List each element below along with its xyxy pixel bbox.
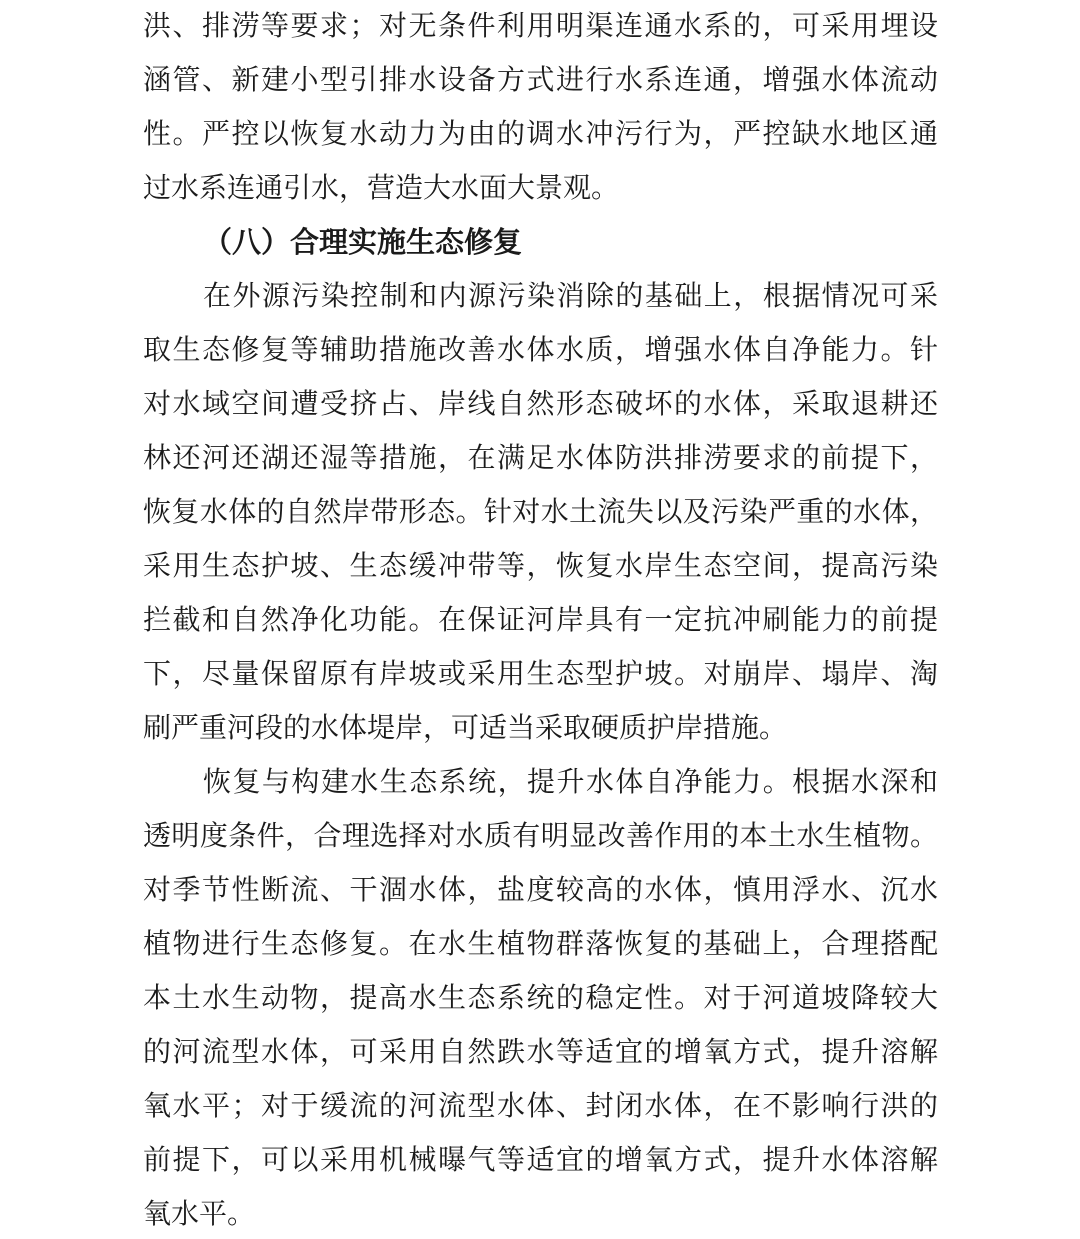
text-line: 下，尽量保留原有岸坡或采用生态型护坡。对崩岸、塌岸、淘 — [143, 648, 938, 702]
text-line: 取生态修复等辅助措施改善水体水质，增强水体自净能力。针 — [143, 324, 938, 378]
text-line: 恢复水体的自然岸带形态。针对水土流失以及污染严重的水体， — [143, 486, 938, 540]
text-line: 拦截和自然净化功能。在保证河岸具有一定抗冲刷能力的前提 — [143, 594, 938, 648]
text-line: 采用生态护坡、生态缓冲带等，恢复水岸生态空间，提高污染 — [143, 540, 938, 594]
text-block: 洪、排涝等要求；对无条件利用明渠连通水系的，可采用埋设 涵管、新建小型引排水设备… — [143, 0, 938, 1239]
section-heading: （八）合理实施生态修复 — [143, 216, 938, 270]
text-line-paragraph-end: 刷严重河段的水体堤岸，可适当采取硬质护岸措施。 — [143, 702, 938, 756]
text-line-paragraph-end: 过水系连通引水，营造大水面大景观。 — [143, 162, 938, 216]
text-line: 林还河还湖还湿等措施，在满足水体防洪排涝要求的前提下， — [143, 432, 938, 486]
text-line: 本土水生动物，提高水生态系统的稳定性。对于河道坡降较大 — [143, 972, 938, 1026]
text-line: 对水域空间遭受挤占、岸线自然形态破坏的水体，采取退耕还 — [143, 378, 938, 432]
text-line: 前提下，可以采用机械曝气等适宜的增氧方式，提升水体溶解 — [143, 1134, 938, 1188]
text-line: 氧水平；对于缓流的河流型水体、封闭水体，在不影响行洪的 — [143, 1080, 938, 1134]
text-line: 洪、排涝等要求；对无条件利用明渠连通水系的，可采用埋设 — [143, 0, 938, 54]
text-line-paragraph-start: 在外源污染控制和内源污染消除的基础上，根据情况可采 — [143, 270, 938, 324]
text-line-paragraph-start: 恢复与构建水生态系统，提升水体自净能力。根据水深和 — [143, 756, 938, 810]
text-line: 性。严控以恢复水动力为由的调水冲污行为，严控缺水地区通 — [143, 108, 938, 162]
text-line: 对季节性断流、干涸水体，盐度较高的水体，慎用浮水、沉水 — [143, 864, 938, 918]
text-line: 的河流型水体，可采用自然跌水等适宜的增氧方式，提升溶解 — [143, 1026, 938, 1080]
text-line: 植物进行生态修复。在水生植物群落恢复的基础上，合理搭配 — [143, 918, 938, 972]
text-line: 透明度条件，合理选择对水质有明显改善作用的本土水生植物。 — [143, 810, 938, 864]
text-line: 涵管、新建小型引排水设备方式进行水系连通，增强水体流动 — [143, 54, 938, 108]
document-page: 洪、排涝等要求；对无条件利用明渠连通水系的，可采用埋设 涵管、新建小型引排水设备… — [0, 0, 1080, 1239]
text-line-paragraph-end: 氧水平。 — [143, 1188, 938, 1239]
